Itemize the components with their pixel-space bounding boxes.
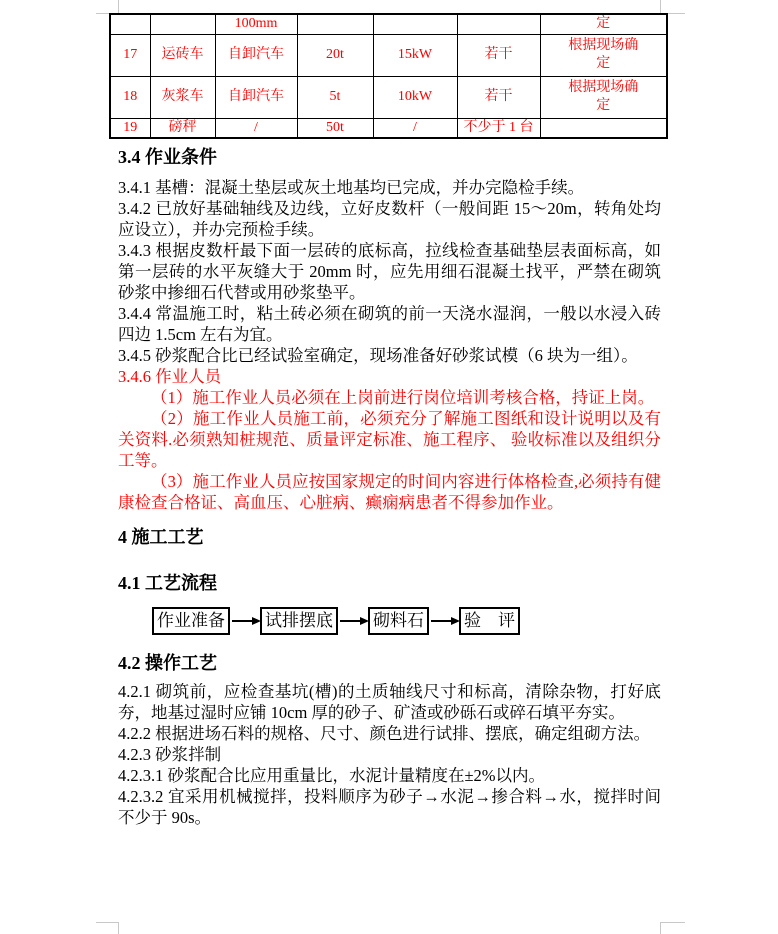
paragraph: 3.4.4 常温施工时，粘土砖必须在砌筑的前一天浇水湿润，一般以水浸入砖四边 1… (118, 303, 661, 345)
table-cell: 19 (110, 118, 150, 138)
margin-corner-mark (660, 0, 685, 14)
flow-step-box: 作业准备 (152, 607, 230, 635)
paragraph: 3.4.3 根据皮数杆最下面一层砖的底标高，拉线检查基础垫层表面标高，如第一层砖… (118, 240, 661, 303)
paragraph: （2）施工作业人员施工前，必须充分了解施工图纸和设计说明以及有关资料.必须熟知桩… (118, 408, 661, 471)
section-4-2-heading: 4.2 操作工艺 (118, 652, 661, 674)
table-cell: 若干 (457, 76, 540, 118)
paragraph: 3.4.6 作业人员 (118, 366, 661, 387)
table-cell (457, 14, 540, 34)
paragraph: 4.2.2 根据进场石料的规格、尺寸、颜色进行试排、摆底，确定组砌方法。 (118, 723, 661, 744)
margin-corner-mark (96, 922, 119, 934)
table-cell: 灰浆车 (150, 76, 215, 118)
table-cell (150, 14, 215, 34)
table-cell: 不少于 1 台 (457, 118, 540, 138)
table-cell: 运砖车 (150, 34, 215, 76)
paragraph: （3）施工作业人员应按国家规定的时间内容进行体格检查,必须持有健康检查合格证、高… (118, 471, 661, 513)
table-cell: / (215, 118, 297, 138)
table-cell: 17 (110, 34, 150, 76)
table-row: 18灰浆车自卸汽车5t10kW若干根据现场确 定 (110, 76, 667, 118)
section-4-heading: 4 施工工艺 (118, 526, 661, 548)
table-cell: 10kW (373, 76, 457, 118)
paragraph: 3.4.1 基槽：混凝土垫层或灰土地基均已完成，并办完隐检手续。 (118, 177, 661, 198)
table-cell: 18 (110, 76, 150, 118)
paragraph: 4.2.3 砂浆拌制 (118, 744, 661, 765)
table-cell: 根据现场确 定 (540, 34, 667, 76)
flow-step-box: 验 评 (459, 607, 520, 635)
table-row: 17运砖车自卸汽车20t15kW若干根据现场确 定 (110, 34, 667, 76)
paragraph: 3.4.5 砂浆配合比已经试验室确定，现场准备好砂浆试模（6 块为一组）。 (118, 345, 661, 366)
paragraph: 4.2.3.2 宜采用机械搅拌，投料顺序为砂子→水泥→掺合料→水，搅拌时间不少于… (118, 786, 661, 828)
table-cell: 定 (540, 14, 667, 34)
process-flowchart: 作业准备试排摆底砌料石验 评 (152, 607, 661, 635)
paragraph: 4.2.1 砌筑前，应检查基坑(槽)的土质轴线尺寸和标高，清除杂物，打好底夯，地… (118, 681, 661, 723)
table-cell: 5t (297, 76, 373, 118)
table-row: 19磅秤/50t/不少于 1 台 (110, 118, 667, 138)
table-cell: / (373, 118, 457, 138)
table-cell (297, 14, 373, 34)
section-3-4-paragraphs: 3.4.1 基槽：混凝土垫层或灰土地基均已完成，并办完隐检手续。3.4.2 已放… (118, 177, 661, 513)
margin-corner-mark (660, 922, 685, 934)
flow-arrow-icon (431, 620, 457, 622)
margin-corner-mark (96, 0, 119, 14)
equipment-table: 100mm定17运砖车自卸汽车20t15kW若干根据现场确 定18灰浆车自卸汽车… (109, 13, 668, 139)
document-page: 100mm定17运砖车自卸汽车20t15kW若干根据现场确 定18灰浆车自卸汽车… (0, 0, 778, 934)
table-cell: 自卸汽车 (215, 76, 297, 118)
document-body: 3.4 作业条件 3.4.1 基槽：混凝土垫层或灰土地基均已完成，并办完隐检手续… (118, 146, 661, 828)
section-4-2-paragraphs: 4.2.1 砌筑前，应检查基坑(槽)的土质轴线尺寸和标高，清除杂物，打好底夯，地… (118, 681, 661, 828)
table-cell: 自卸汽车 (215, 34, 297, 76)
section-3-4-heading: 3.4 作业条件 (118, 146, 661, 168)
flow-step-box: 试排摆底 (260, 607, 338, 635)
flow-step-box: 砌料石 (368, 607, 429, 635)
table-cell (540, 118, 667, 138)
table-cell (373, 14, 457, 34)
paragraph: 4.2.3.1 砂浆配合比应用重量比，水泥计量精度在±2%以内。 (118, 765, 661, 786)
table-cell: 根据现场确 定 (540, 76, 667, 118)
table-cell: 20t (297, 34, 373, 76)
table-cell: 100mm (215, 14, 297, 34)
paragraph: 3.4.2 已放好基础轴线及边线，立好皮数杆（一般间距 15～20m，转角处均应… (118, 198, 661, 240)
table-row: 100mm定 (110, 14, 667, 34)
table-cell: 50t (297, 118, 373, 138)
section-4-1-heading: 4.1 工艺流程 (118, 572, 661, 594)
table-cell: 磅秤 (150, 118, 215, 138)
flow-arrow-icon (232, 620, 258, 622)
paragraph: （1）施工作业人员必须在上岗前进行岗位培训考核合格，持证上岗。 (118, 387, 661, 408)
flow-arrow-icon (340, 620, 366, 622)
table-cell: 15kW (373, 34, 457, 76)
table-cell (110, 14, 150, 34)
equipment-table-body: 100mm定17运砖车自卸汽车20t15kW若干根据现场确 定18灰浆车自卸汽车… (110, 14, 667, 138)
table-cell: 若干 (457, 34, 540, 76)
